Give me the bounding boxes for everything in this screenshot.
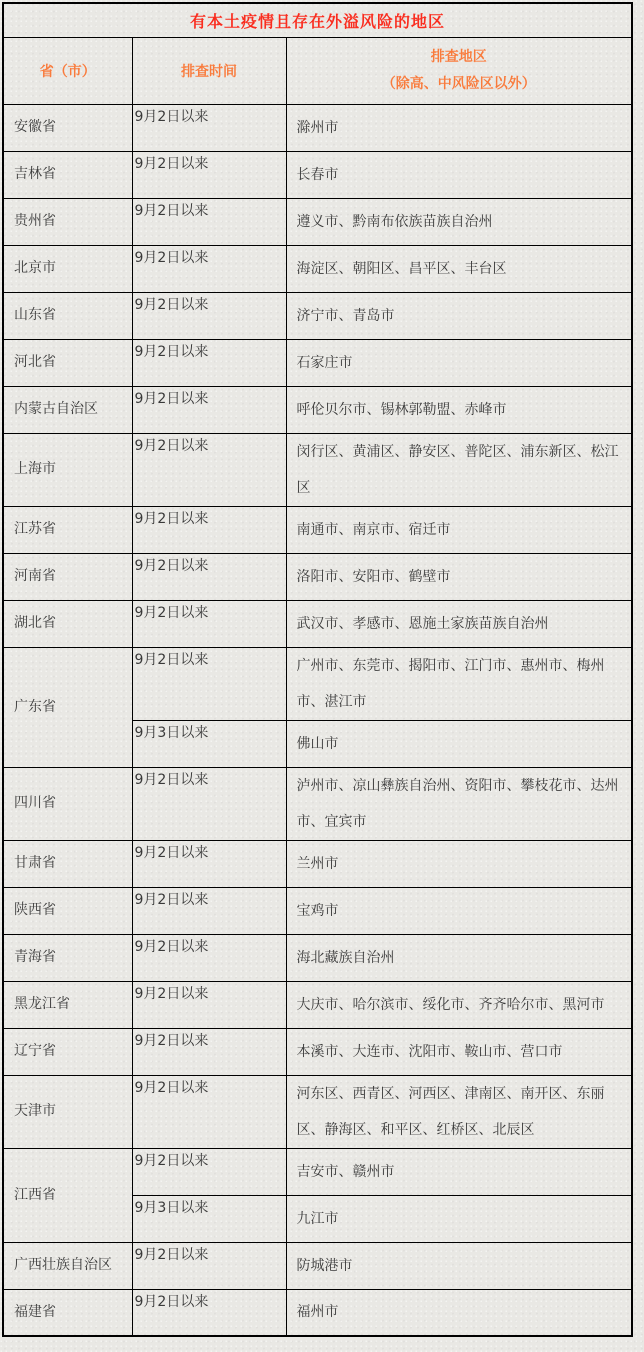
time-cell: 9月2日以来 [132, 1289, 286, 1336]
regions-cell: 河东区、西青区、河西区、津南区、南开区、东丽区、静海区、和平区、红桥区、北辰区 [286, 1075, 632, 1148]
table-row: 吉林省9月2日以来长春市 [3, 151, 632, 198]
table-row: 福建省9月2日以来福州市 [3, 1289, 632, 1336]
regions-cell: 济宁市、青岛市 [286, 292, 632, 339]
regions-cell: 宝鸡市 [286, 887, 632, 934]
time-cell: 9月2日以来 [132, 1075, 286, 1148]
regions-cell: 福州市 [286, 1289, 632, 1336]
column-header-regions-line2: （除高、中风险区以外） [288, 71, 631, 98]
time-cell: 9月2日以来 [132, 1242, 286, 1289]
province-cell: 内蒙古自治区 [3, 386, 132, 433]
regions-cell: 吉安市、赣州市 [286, 1148, 632, 1195]
province-cell: 甘肃省 [3, 840, 132, 887]
time-cell: 9月2日以来 [132, 934, 286, 981]
page-background: 有本土疫情且存在外溢风险的地区 省（市） 排查时间 排查地区 （除高、中风险区以… [0, 0, 644, 1352]
province-cell: 吉林省 [3, 151, 132, 198]
province-cell: 河南省 [3, 553, 132, 600]
time-cell: 9月2日以来 [132, 198, 286, 245]
table-row: 上海市9月2日以来闵行区、黄浦区、静安区、普陀区、浦东新区、松江区 [3, 433, 632, 506]
column-header-regions: 排查地区 （除高、中风险区以外） [286, 37, 632, 104]
time-cell: 9月2日以来 [132, 245, 286, 292]
table-row: 陕西省9月2日以来宝鸡市 [3, 887, 632, 934]
regions-cell: 泸州市、凉山彝族自治州、资阳市、攀枝花市、达州市、宜宾市 [286, 767, 632, 840]
time-cell: 9月2日以来 [132, 339, 286, 386]
time-cell: 9月2日以来 [132, 151, 286, 198]
table-row: 山东省9月2日以来济宁市、青岛市 [3, 292, 632, 339]
column-header-province: 省（市） [3, 37, 132, 104]
province-cell: 四川省 [3, 767, 132, 840]
regions-cell: 武汉市、孝感市、恩施土家族苗族自治州 [286, 600, 632, 647]
time-cell: 9月2日以来 [132, 292, 286, 339]
province-cell: 贵州省 [3, 198, 132, 245]
header-row: 省（市） 排查时间 排查地区 （除高、中风险区以外） [3, 37, 632, 104]
regions-cell: 闵行区、黄浦区、静安区、普陀区、浦东新区、松江区 [286, 433, 632, 506]
table-row: 黑龙江省9月2日以来大庆市、哈尔滨市、绥化市、齐齐哈尔市、黑河市 [3, 981, 632, 1028]
time-cell: 9月2日以来 [132, 600, 286, 647]
table-row: 四川省9月2日以来泸州市、凉山彝族自治州、资阳市、攀枝花市、达州市、宜宾市 [3, 767, 632, 840]
table-row: 广东省9月2日以来广州市、东莞市、揭阳市、江门市、惠州市、梅州市、湛江市 [3, 647, 632, 720]
table-title: 有本土疫情且存在外溢风险的地区 [3, 3, 632, 37]
time-cell: 9月2日以来 [132, 647, 286, 720]
title-row: 有本土疫情且存在外溢风险的地区 [3, 3, 632, 37]
regions-cell: 防城港市 [286, 1242, 632, 1289]
province-cell: 山东省 [3, 292, 132, 339]
time-cell: 9月2日以来 [132, 1148, 286, 1195]
risk-area-table: 有本土疫情且存在外溢风险的地区 省（市） 排查时间 排查地区 （除高、中风险区以… [2, 2, 633, 1337]
province-cell: 黑龙江省 [3, 981, 132, 1028]
province-cell: 安徽省 [3, 104, 132, 151]
time-cell: 9月2日以来 [132, 981, 286, 1028]
time-cell: 9月3日以来 [132, 720, 286, 767]
table-row: 安徽省9月2日以来滁州市 [3, 104, 632, 151]
province-cell: 青海省 [3, 934, 132, 981]
province-cell: 河北省 [3, 339, 132, 386]
regions-cell: 佛山市 [286, 720, 632, 767]
regions-cell: 大庆市、哈尔滨市、绥化市、齐齐哈尔市、黑河市 [286, 981, 632, 1028]
time-cell: 9月2日以来 [132, 104, 286, 151]
regions-cell: 南通市、南京市、宿迁市 [286, 506, 632, 553]
time-cell: 9月2日以来 [132, 506, 286, 553]
province-cell: 广西壮族自治区 [3, 1242, 132, 1289]
province-cell: 上海市 [3, 433, 132, 506]
regions-cell: 兰州市 [286, 840, 632, 887]
regions-cell: 滁州市 [286, 104, 632, 151]
table-row: 内蒙古自治区9月2日以来呼伦贝尔市、锡林郭勒盟、赤峰市 [3, 386, 632, 433]
regions-cell: 呼伦贝尔市、锡林郭勒盟、赤峰市 [286, 386, 632, 433]
regions-cell: 广州市、东莞市、揭阳市、江门市、惠州市、梅州市、湛江市 [286, 647, 632, 720]
province-cell: 湖北省 [3, 600, 132, 647]
time-cell: 9月2日以来 [132, 553, 286, 600]
table-row: 贵州省9月2日以来遵义市、黔南布依族苗族自治州 [3, 198, 632, 245]
province-cell: 北京市 [3, 245, 132, 292]
column-header-regions-line1: 排查地区 [288, 44, 631, 71]
province-cell: 陕西省 [3, 887, 132, 934]
table-row: 天津市9月2日以来河东区、西青区、河西区、津南区、南开区、东丽区、静海区、和平区… [3, 1075, 632, 1148]
time-cell: 9月3日以来 [132, 1195, 286, 1242]
regions-cell: 海淀区、朝阳区、昌平区、丰台区 [286, 245, 632, 292]
province-cell: 江苏省 [3, 506, 132, 553]
table-row: 甘肃省9月2日以来兰州市 [3, 840, 632, 887]
province-cell: 天津市 [3, 1075, 132, 1148]
province-cell: 江西省 [3, 1148, 132, 1242]
regions-cell: 石家庄市 [286, 339, 632, 386]
time-cell: 9月2日以来 [132, 887, 286, 934]
table-row: 青海省9月2日以来海北藏族自治州 [3, 934, 632, 981]
province-cell: 福建省 [3, 1289, 132, 1336]
time-cell: 9月2日以来 [132, 767, 286, 840]
table-row: 江苏省9月2日以来南通市、南京市、宿迁市 [3, 506, 632, 553]
table-row: 广西壮族自治区9月2日以来防城港市 [3, 1242, 632, 1289]
province-cell: 辽宁省 [3, 1028, 132, 1075]
table-row: 北京市9月2日以来海淀区、朝阳区、昌平区、丰台区 [3, 245, 632, 292]
table-row: 江西省9月2日以来吉安市、赣州市 [3, 1148, 632, 1195]
province-cell: 广东省 [3, 647, 132, 767]
table-row: 辽宁省9月2日以来本溪市、大连市、沈阳市、鞍山市、营口市 [3, 1028, 632, 1075]
regions-cell: 海北藏族自治州 [286, 934, 632, 981]
time-cell: 9月2日以来 [132, 840, 286, 887]
time-cell: 9月2日以来 [132, 386, 286, 433]
table-row: 河北省9月2日以来石家庄市 [3, 339, 632, 386]
column-header-time: 排查时间 [132, 37, 286, 104]
regions-cell: 遵义市、黔南布依族苗族自治州 [286, 198, 632, 245]
time-cell: 9月2日以来 [132, 433, 286, 506]
table-row: 河南省9月2日以来洛阳市、安阳市、鹤壁市 [3, 553, 632, 600]
regions-cell: 本溪市、大连市、沈阳市、鞍山市、营口市 [286, 1028, 632, 1075]
time-cell: 9月2日以来 [132, 1028, 286, 1075]
regions-cell: 九江市 [286, 1195, 632, 1242]
table-body: 安徽省9月2日以来滁州市吉林省9月2日以来长春市贵州省9月2日以来遵义市、黔南布… [3, 104, 632, 1336]
regions-cell: 长春市 [286, 151, 632, 198]
table-row: 湖北省9月2日以来武汉市、孝感市、恩施土家族苗族自治州 [3, 600, 632, 647]
regions-cell: 洛阳市、安阳市、鹤壁市 [286, 553, 632, 600]
